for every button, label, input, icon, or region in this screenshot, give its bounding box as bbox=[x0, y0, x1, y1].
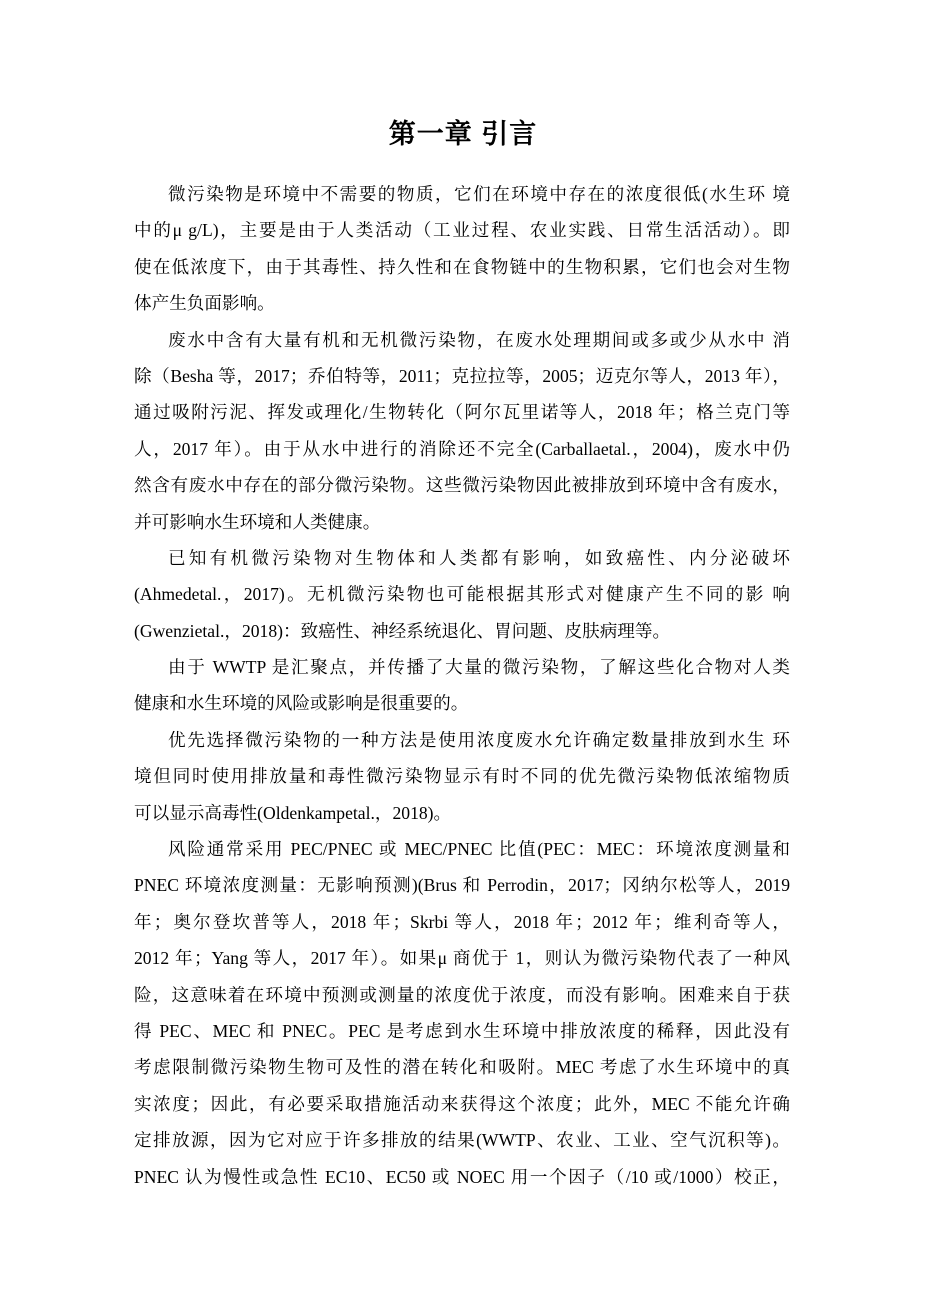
text-line: 年；奥尔登坎普等人，2018 年；Skrbi 等人，2018 年；2012 年；… bbox=[134, 904, 790, 940]
text-line: (Gwenzietal.，2018)：致癌性、神经系统退化、胃问题、皮肤病理等。 bbox=[134, 613, 790, 649]
paragraph: 废水中含有大量有机和无机微污染物，在废水处理期间或多或少从水中 消除（Besha… bbox=[134, 322, 790, 540]
text-line: 并可影响水生环境和人类健康。 bbox=[134, 504, 790, 540]
text-line: 2012 年；Yang 等人，2017 年）。如果μ 商优于 1，则认为微污染物… bbox=[134, 940, 790, 976]
text-line: 然含有废水中存在的部分微污染物。这些微污染物因此被排放到环境中含有废水， bbox=[134, 467, 790, 503]
text-line: 由于 WWTP 是汇聚点，并传播了大量的微污染物，了解这些化合物对人类 bbox=[134, 649, 790, 685]
text-line: 已知有机微污染物对生物体和人类都有影响，如致癌性、内分泌破坏 bbox=[134, 540, 790, 576]
text-line: (Ahmedetal.，2017)。无机微污染物也可能根据其形式对健康产生不同的… bbox=[134, 576, 790, 612]
text-line: 境但同时使用排放量和毒性微污染物显示有时不同的优先微污染物低浓缩物质 bbox=[134, 758, 790, 794]
text-line: 人，2017 年）。由于从水中进行的消除还不完全(Carballaetal.，2… bbox=[134, 431, 790, 467]
text-line: 考虑限制微污染物生物可及性的潜在转化和吸附。MEC 考虑了水生环境中的真 bbox=[134, 1049, 790, 1085]
text-line: 通过吸附污泥、挥发或理化/生物转化（阿尔瓦里诺等人，2018 年；格兰克门等 bbox=[134, 394, 790, 430]
text-line: PNEC 环境浓度测量：无影响预测)(Brus 和 Perrodin，2017；… bbox=[134, 867, 790, 903]
text-line: 得 PEC、MEC 和 PNEC。PEC 是考虑到水生环境中排放浓度的稀释，因此… bbox=[134, 1013, 790, 1049]
paragraph: 微污染物是环境中不需要的物质，它们在环境中存在的浓度很低(水生环 境中的μ g/… bbox=[134, 176, 790, 322]
text-line: 险，这意味着在环境中预测或测量的浓度优于浓度，而没有影响。困难来自于获 bbox=[134, 977, 790, 1013]
paragraph: 由于 WWTP 是汇聚点，并传播了大量的微污染物，了解这些化合物对人类健康和水生… bbox=[134, 649, 790, 722]
text-line: 中的μ g/L)，主要是由于人类活动（工业过程、农业实践、日常生活活动）。即 bbox=[134, 212, 790, 248]
text-line: 实浓度；因此，有必要采取措施活动来获得这个浓度；此外，MEC 不能允许确 bbox=[134, 1086, 790, 1122]
text-line: 定排放源，因为它对应于许多排放的结果(WWTP、农业、工业、空气沉积等)。 bbox=[134, 1122, 790, 1158]
text-line: 优先选择微污染物的一种方法是使用浓度废水允许确定数量排放到水生 环 bbox=[134, 722, 790, 758]
text-line: 使在低浓度下，由于其毒性、持久性和在食物链中的生物积累，它们也会对生物 bbox=[134, 249, 790, 285]
paragraph: 已知有机微污染物对生物体和人类都有影响，如致癌性、内分泌破坏(Ahmedetal… bbox=[134, 540, 790, 649]
text-line: 微污染物是环境中不需要的物质，它们在环境中存在的浓度很低(水生环 境 bbox=[134, 176, 790, 212]
chapter-title: 第一章 引言 bbox=[0, 118, 926, 150]
paragraph: 优先选择微污染物的一种方法是使用浓度废水允许确定数量排放到水生 环境但同时使用排… bbox=[134, 722, 790, 831]
text-line: 健康和水生环境的风险或影响是很重要的。 bbox=[134, 685, 790, 721]
document-page: 第一章 引言 微污染物是环境中不需要的物质，它们在环境中存在的浓度很低(水生环 … bbox=[0, 0, 926, 1309]
text-line: PNEC 认为慢性或急性 EC10、EC50 或 NOEC 用一个因子（/10 … bbox=[134, 1159, 790, 1195]
text-line: 可以显示高毒性(Oldenkampetal.，2018)。 bbox=[134, 795, 790, 831]
paragraph: 风险通常采用 PEC/PNEC 或 MEC/PNEC 比值(PEC：MEC：环境… bbox=[134, 831, 790, 1195]
text-line: 风险通常采用 PEC/PNEC 或 MEC/PNEC 比值(PEC：MEC：环境… bbox=[134, 831, 790, 867]
text-line: 废水中含有大量有机和无机微污染物，在废水处理期间或多或少从水中 消 bbox=[134, 322, 790, 358]
text-line: 除（Besha 等，2017；乔伯特等，2011；克拉拉等，2005；迈克尔等人… bbox=[134, 358, 790, 394]
document-body: 微污染物是环境中不需要的物质，它们在环境中存在的浓度很低(水生环 境中的μ g/… bbox=[134, 176, 790, 1195]
text-line: 体产生负面影响。 bbox=[134, 285, 790, 321]
